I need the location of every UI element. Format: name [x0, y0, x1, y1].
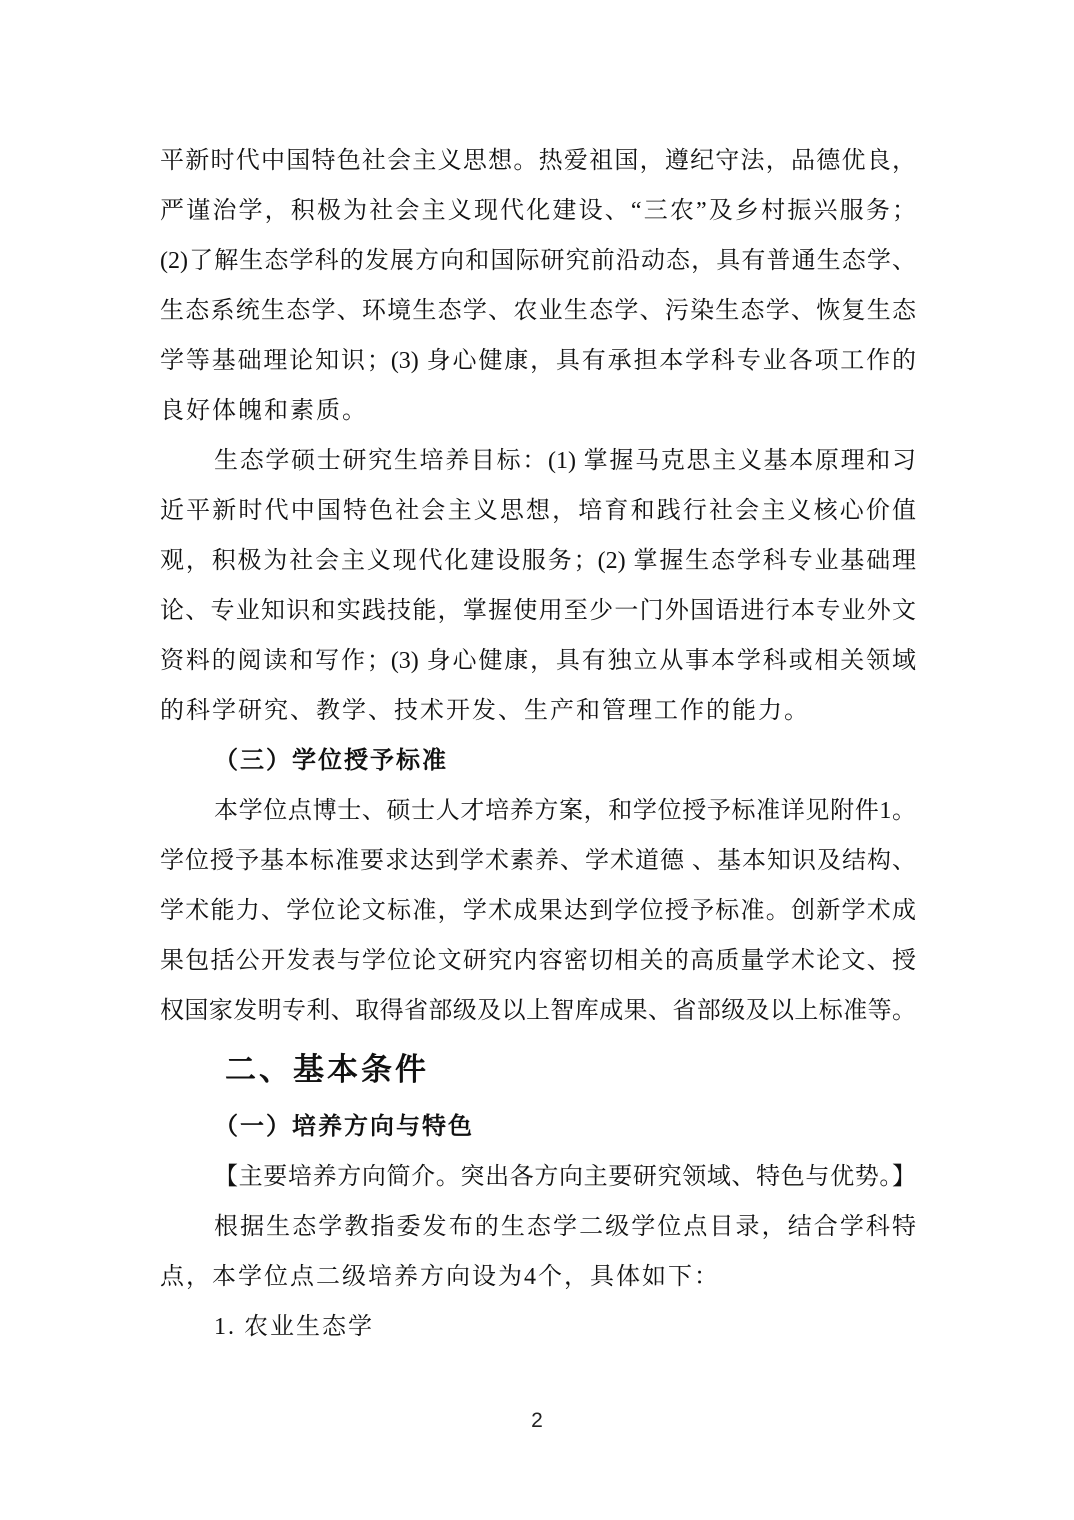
- text-line: 本学位点博士、硕士人才培养方案，和学位授予标准详见附件1。: [160, 786, 916, 836]
- document-body: 平新时代中国特色社会主义思想。热爱祖国，遵纪守法，品德优良， 严谨治学，积极为社…: [160, 136, 916, 1352]
- list-item-agroecology: 1. 农业生态学: [160, 1302, 916, 1352]
- text-line: 良好体魄和素质。: [160, 386, 916, 436]
- text-line: 根据生态学教指委发布的生态学二级学位点目录，结合学科特: [160, 1202, 916, 1252]
- text-line: 平新时代中国特色社会主义思想。热爱祖国，遵纪守法，品德优良，: [160, 136, 916, 186]
- text-line: 生态学硕士研究生培养目标：(1) 掌握马克思主义基本原理和习: [160, 436, 916, 486]
- text-line: 果包括公开发表与学位论文研究内容密切相关的高质量学术论文、授: [160, 936, 916, 986]
- text-line: 论、专业知识和实践技能，掌握使用至少一门外国语进行本专业外文: [160, 586, 916, 636]
- subsection-heading-degree-standard: （三）学位授予标准: [160, 736, 916, 786]
- text-line: 学位授予基本标准要求达到学术素养、学术道德 、基本知识及结构、: [160, 836, 916, 886]
- text-line: 资料的阅读和写作；(3) 身心健康，具有独立从事本学科或相关领域: [160, 636, 916, 686]
- text-line: 观，积极为社会主义现代化建设服务；(2) 掌握生态学科专业基础理: [160, 536, 916, 586]
- text-line: 生态系统生态学、环境生态学、农业生态学、污染生态学、恢复生态: [160, 286, 916, 336]
- text-line: 学术能力、学位论文标准，学术成果达到学位授予标准。创新学术成: [160, 886, 916, 936]
- text-line: 的科学研究、教学、技术开发、生产和管理工作的能力。: [160, 686, 916, 736]
- page-number: 2: [0, 1406, 1074, 1436]
- text-line: (2)了解生态学科的发展方向和国际研究前沿动态，具有普通生态学、: [160, 236, 916, 286]
- text-line: 点，本学位点二级培养方向设为4个，具体如下：: [160, 1252, 916, 1302]
- text-line: 权国家发明专利、取得省部级及以上智库成果、省部级及以上标准等。: [160, 986, 916, 1036]
- text-line: 严谨治学，积极为社会主义现代化建设、“三农”及乡村振兴服务；: [160, 186, 916, 236]
- subsection-heading-directions: （一）培养方向与特色: [160, 1102, 916, 1152]
- text-line: 学等基础理论知识；(3) 身心健康，具有承担本学科专业各项工作的: [160, 336, 916, 386]
- bracket-note: 【主要培养方向简介。突出各方向主要研究领域、特色与优势。】: [160, 1152, 916, 1202]
- text-line: 近平新时代中国特色社会主义思想，培育和践行社会主义核心价值: [160, 486, 916, 536]
- section-heading-basic-conditions: 二、基本条件: [160, 1038, 916, 1102]
